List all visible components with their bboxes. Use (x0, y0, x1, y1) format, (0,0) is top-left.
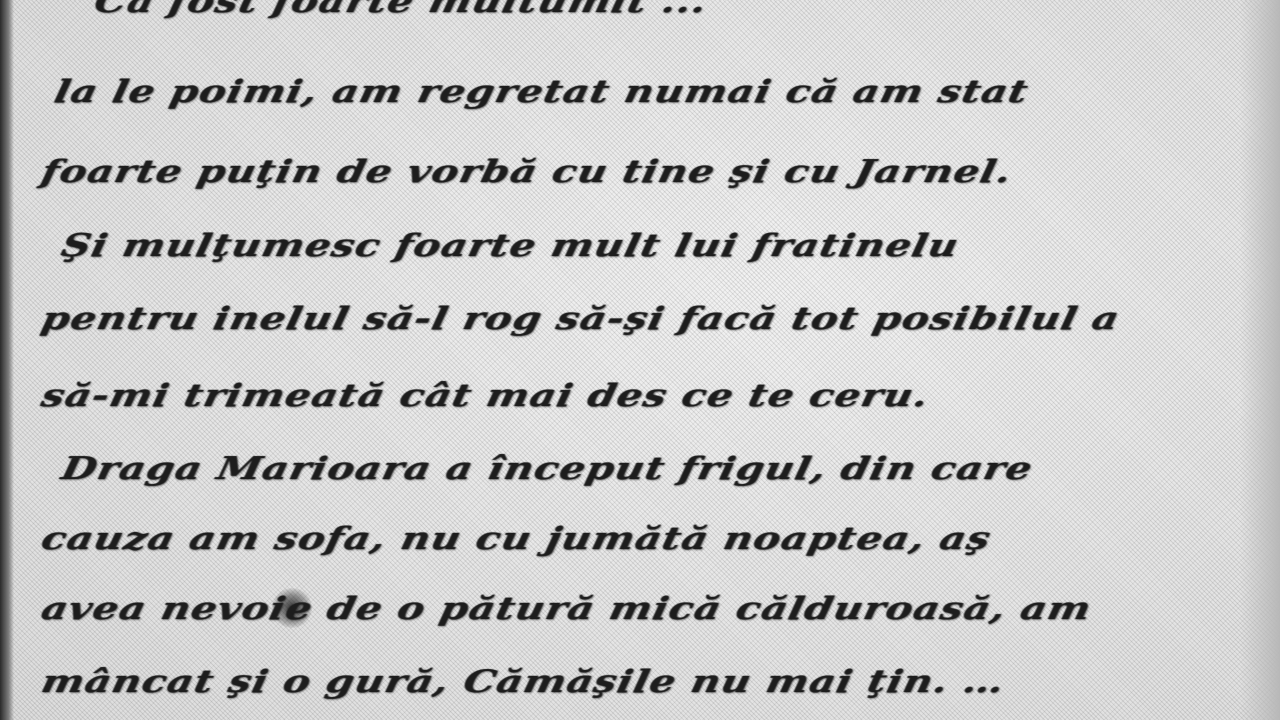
page-right-edge-shadow (1240, 0, 1280, 720)
handwritten-line: foarte puţin de vorbă cu tine şi cu Jarn… (38, 153, 1015, 190)
page-left-edge-shadow (0, 0, 14, 720)
handwritten-line: Ca fost foarte multumit ... (91, 0, 711, 20)
handwritten-line: să-mi trimeată cât mai des ce te ceru. (38, 377, 932, 414)
handwritten-line: pentru inelul să-l rog să-şi facă tot po… (38, 300, 1123, 337)
handwritten-line: avea nevoie de o pătură mică călduroasă,… (38, 590, 1095, 627)
handwritten-line: cauza am sofa, nu cu jumătă noaptea, aş (38, 520, 994, 557)
handwritten-line: la le poimi, am regretat numai că am sta… (51, 73, 1032, 110)
handwritten-line: Şi mulţumesc foarte mult lui fratinelu (58, 227, 962, 264)
handwritten-line: mâncat şi o gură, Cămăşile nu mai ţin. … (38, 663, 1008, 700)
handwritten-line: Draga Marioara a început frigul, din car… (58, 450, 1036, 487)
manuscript-page: Ca fost foarte multumit ... la le poimi,… (0, 0, 1280, 720)
